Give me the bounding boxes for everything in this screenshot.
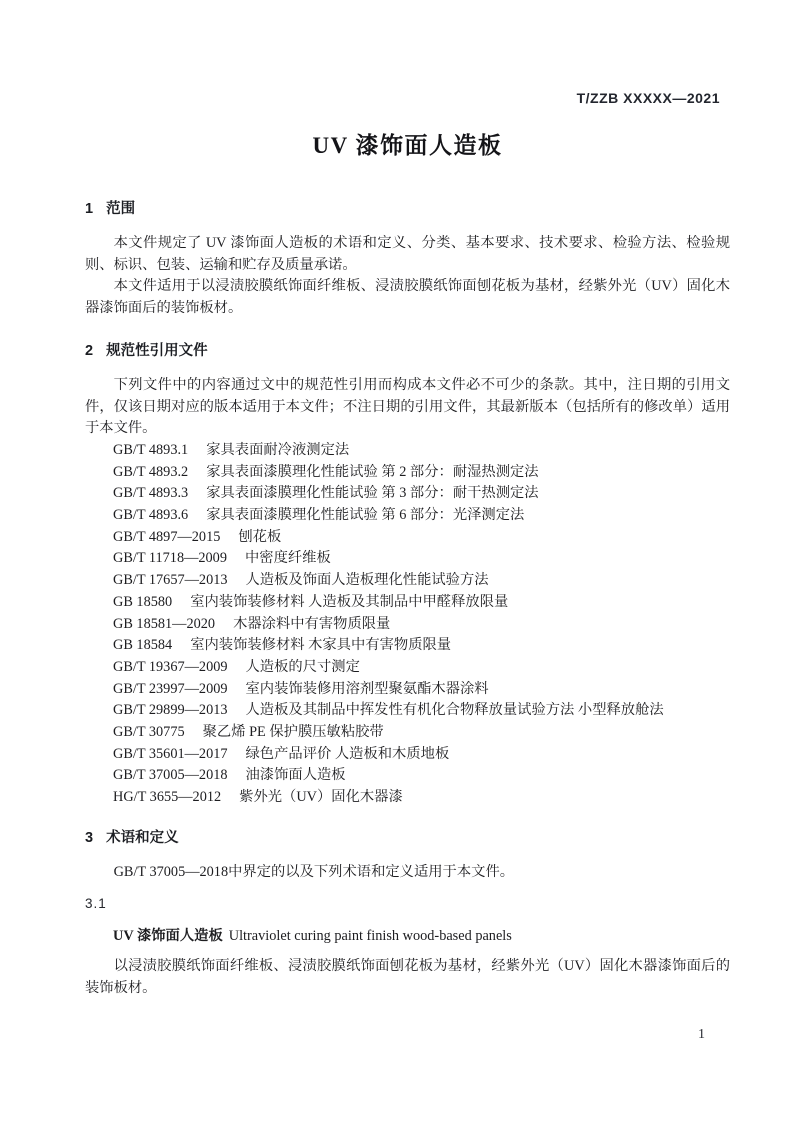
reference-code: GB/T 19367—2009: [113, 659, 228, 675]
reference-item: GB/T 23997—2009室内装饰装修用溶剂型聚氨酯木器涂料: [85, 679, 730, 701]
reference-item: GB/T 29899—2013人造板及其制品中挥发性有机化合物释放量试验方法 小…: [85, 700, 730, 722]
section-1-number: 1: [85, 201, 93, 217]
reference-list: GB/T 4893.1家具表面耐冷液测定法 GB/T 4893.2家具表面漆膜理…: [85, 440, 730, 809]
reference-code: GB/T 11718—2009: [113, 550, 227, 566]
reference-item: GB/T 4893.3家具表面漆膜理化性能试验 第 3 部分：耐干热测定法: [85, 483, 730, 505]
reference-code: GB/T 17657—2013: [113, 572, 228, 588]
section-2-number: 2: [85, 343, 93, 359]
section-scope: 1范围 本文件规定了 UV 漆饰面人造板的术语和定义、分类、基本要求、技术要求、…: [85, 201, 730, 320]
document-title: UV 漆饰面人造板: [85, 133, 730, 159]
reference-title: 人造板及饰面人造板理化性能试验方法: [246, 572, 489, 588]
reference-item: GB 18584室内装饰装修材料 木家具中有害物质限量: [85, 635, 730, 657]
reference-item: GB/T 30775聚乙烯 PE 保护膜压敏粘胶带: [85, 722, 730, 744]
reference-item: GB/T 35601—2017绿色产品评价 人造板和木质地板: [85, 744, 730, 766]
reference-item: GB 18580室内装饰装修材料 人造板及其制品中甲醛释放限量: [85, 592, 730, 614]
reference-code: GB/T 23997—2009: [113, 681, 228, 697]
reference-code: HG/T 3655—2012: [113, 789, 221, 805]
scope-paragraph-1: 本文件规定了 UV 漆饰面人造板的术语和定义、分类、基本要求、技术要求、检验方法…: [85, 233, 730, 276]
reference-code: GB/T 30775: [113, 724, 185, 740]
reference-code: GB/T 4893.1: [113, 442, 188, 458]
reference-title: 绿色产品评价 人造板和木质地板: [246, 746, 450, 762]
reference-code: GB/T 37005—2018: [113, 767, 228, 783]
reference-title: 人造板的尺寸测定: [246, 659, 360, 675]
reference-title: 木器涂料中有害物质限量: [233, 616, 390, 632]
section-3-number: 3: [85, 830, 93, 846]
reference-title: 刨花板: [238, 529, 281, 545]
reference-item: GB/T 4897—2015刨花板: [85, 527, 730, 549]
section-1-title: 范围: [106, 201, 135, 217]
reference-item: GB/T 17657—2013人造板及饰面人造板理化性能试验方法: [85, 570, 730, 592]
section-3-heading: 3术语和定义: [85, 830, 730, 846]
reference-title: 家具表面漆膜理化性能试验 第 2 部分：耐湿热测定法: [206, 464, 538, 480]
term-definition: 以浸渍胶膜纸饰面纤维板、浸渍胶膜纸饰面刨花板为基材，经紫外光（UV）固化木器漆饰…: [85, 956, 730, 999]
reference-code: GB/T 4893.2: [113, 464, 188, 480]
reference-title: 室内装饰装修用溶剂型聚氨酯木器涂料: [246, 681, 489, 697]
references-intro-paragraph: 下列文件中的内容通过文中的规范性引用而构成本文件必不可少的条款。其中，注日期的引…: [85, 375, 730, 440]
reference-title: 紫外光（UV）固化木器漆: [239, 789, 403, 805]
reference-item: GB/T 19367—2009人造板的尺寸测定: [85, 657, 730, 679]
reference-code: GB 18581—2020: [113, 616, 215, 632]
term-english: Ultraviolet curing paint finish wood-bas…: [229, 928, 512, 944]
reference-code: GB 18584: [113, 637, 172, 653]
reference-code: GB 18580: [113, 594, 172, 610]
section-2-title: 规范性引用文件: [106, 343, 208, 359]
reference-item: GB/T 4893.2家具表面漆膜理化性能试验 第 2 部分：耐湿热测定法: [85, 462, 730, 484]
reference-title: 家具表面耐冷液测定法: [206, 442, 349, 458]
term-entry: UV 漆饰面人造板Ultraviolet curing paint finish…: [85, 926, 730, 948]
section-2-heading: 2规范性引用文件: [85, 343, 730, 359]
standard-code: T/ZZB XXXXX—2021: [85, 90, 730, 106]
section-normative-references: 2规范性引用文件 下列文件中的内容通过文中的规范性引用而构成本文件必不可少的条款…: [85, 343, 730, 809]
reference-title: 家具表面漆膜理化性能试验 第 6 部分：光泽测定法: [206, 507, 524, 523]
reference-item: GB 18581—2020木器涂料中有害物质限量: [85, 614, 730, 636]
term-chinese: UV 漆饰面人造板: [113, 928, 223, 944]
reference-item: GB/T 11718—2009中密度纤维板: [85, 548, 730, 570]
reference-code: GB/T 35601—2017: [113, 746, 228, 762]
reference-title: 室内装饰装修材料 木家具中有害物质限量: [190, 637, 451, 653]
page-number: 1: [698, 1027, 705, 1043]
reference-title: 油漆饰面人造板: [246, 767, 346, 783]
reference-item: GB/T 4893.6家具表面漆膜理化性能试验 第 6 部分：光泽测定法: [85, 505, 730, 527]
reference-code: GB/T 29899—2013: [113, 702, 228, 718]
reference-title: 人造板及其制品中挥发性有机化合物释放量试验方法 小型释放舱法: [246, 702, 664, 718]
reference-item: HG/T 3655—2012紫外光（UV）固化木器漆: [85, 787, 730, 809]
reference-title: 家具表面漆膜理化性能试验 第 3 部分：耐干热测定法: [206, 485, 538, 501]
reference-code: GB/T 4897—2015: [113, 529, 220, 545]
reference-item: GB/T 37005—2018油漆饰面人造板: [85, 765, 730, 787]
reference-title: 聚乙烯 PE 保护膜压敏粘胶带: [203, 724, 384, 740]
section-1-heading: 1范围: [85, 201, 730, 217]
reference-item: GB/T 4893.1家具表面耐冷液测定法: [85, 440, 730, 462]
reference-title: 室内装饰装修材料 人造板及其制品中甲醛释放限量: [190, 594, 508, 610]
reference-code: GB/T 4893.6: [113, 507, 188, 523]
reference-code: GB/T 4893.3: [113, 485, 188, 501]
clause-number: 3.1: [85, 896, 730, 911]
scope-paragraph-2: 本文件适用于以浸渍胶膜纸饰面纤维板、浸渍胶膜纸饰面刨花板为基材，经紫外光（UV）…: [85, 276, 730, 319]
document-page: T/ZZB XXXXX—2021 UV 漆饰面人造板 1范围 本文件规定了 UV…: [0, 0, 794, 1122]
section-3-title: 术语和定义: [106, 830, 179, 846]
terms-intro-paragraph: GB/T 37005—2018中界定的以及下列术语和定义适用于本文件。: [85, 862, 730, 884]
section-terms-definitions: 3术语和定义 GB/T 37005—2018中界定的以及下列术语和定义适用于本文…: [85, 830, 730, 1000]
reference-title: 中密度纤维板: [245, 550, 331, 566]
